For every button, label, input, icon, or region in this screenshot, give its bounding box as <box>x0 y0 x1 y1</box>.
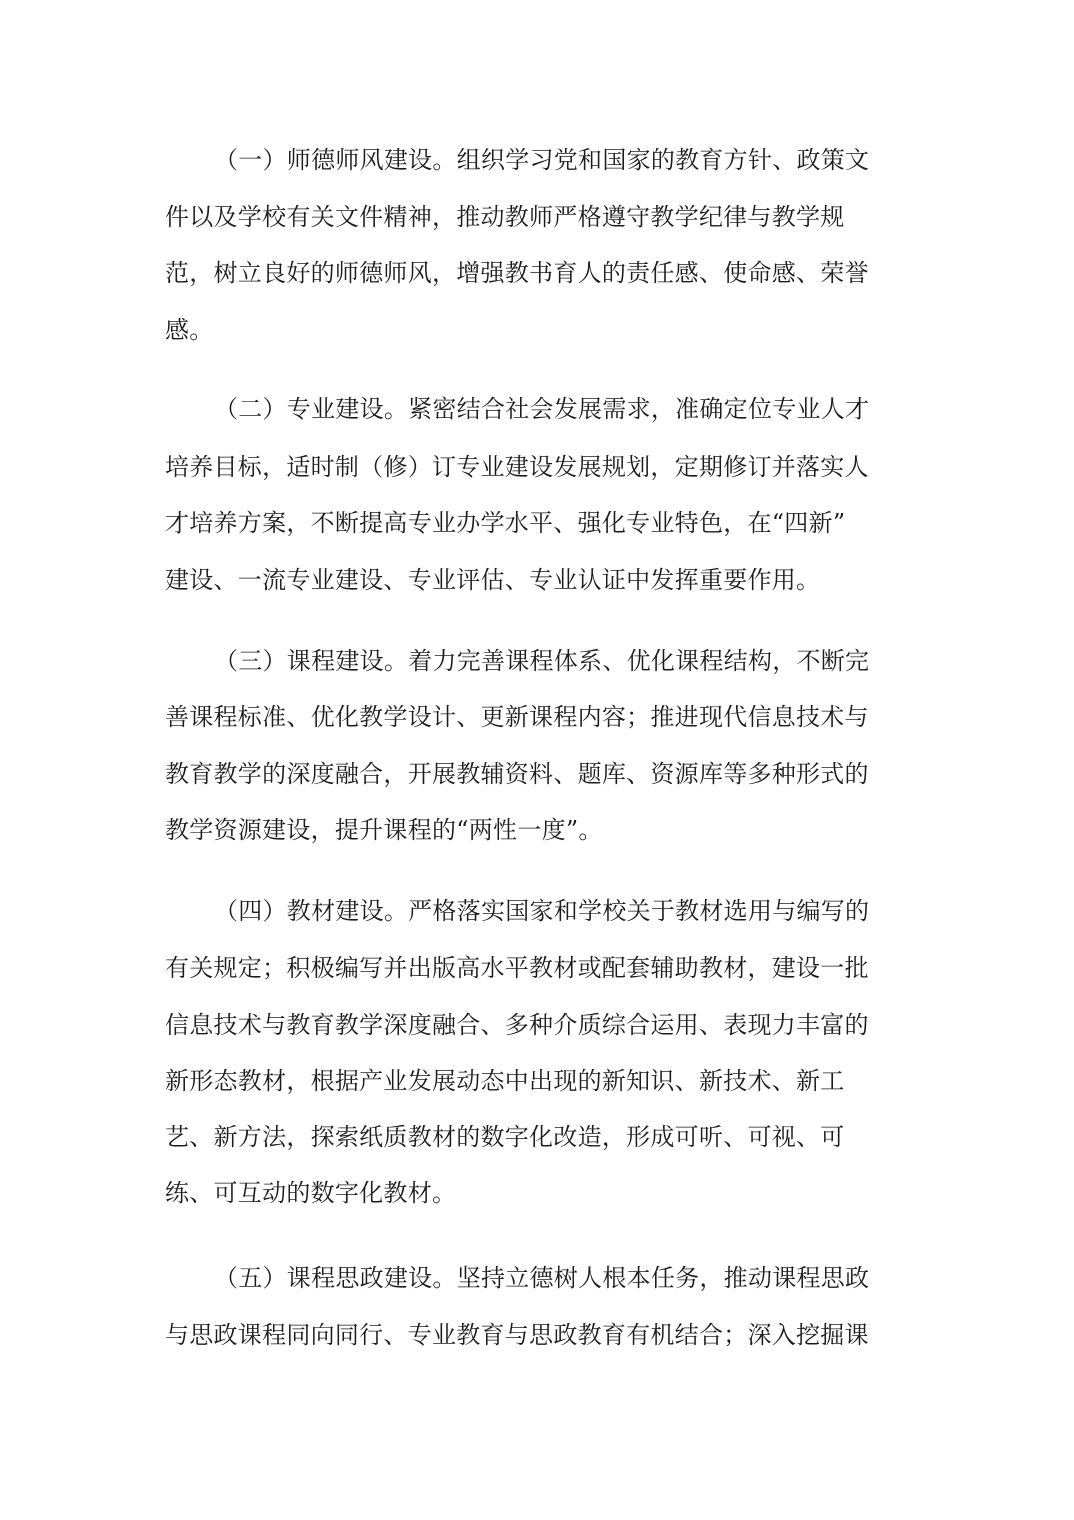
text-line: 才培养方案，不断提高专业办学水平、强化专业特色，在“四新” <box>165 507 905 539</box>
text-line: 感。 <box>165 314 905 346</box>
text-line: （三）课程建设。着力完善课程体系、优化课程结构，不断完 <box>214 645 954 677</box>
text-line: （一）师德师风建设。组织学习党和国家的教育方针、政策文 <box>214 144 954 176</box>
text-line: 建设、一流专业建设、专业评估、专业认证中发挥重要作用。 <box>165 564 905 596</box>
text-line: 信息技术与教育教学深度融合、多种介质综合运用、表现力丰富的 <box>165 1009 905 1041</box>
text-line: （五）课程思政建设。坚持立德树人根本任务，推动课程思政 <box>214 1262 954 1294</box>
text-line: （四）教材建设。严格落实国家和学校关于教材选用与编写的 <box>214 895 954 927</box>
text-line: 练、可互动的数字化教材。 <box>165 1177 905 1209</box>
text-line: （二）专业建设。紧密结合社会发展需求，准确定位专业人才 <box>214 393 954 425</box>
text-line: 与思政课程同向同行、专业教育与思政教育有机结合；深入挖掘课 <box>165 1319 905 1351</box>
text-line: 教学资源建设，提升课程的“两性一度”。 <box>165 814 905 846</box>
text-line: 善课程标准、优化教学设计、更新课程内容；推进现代信息技术与 <box>165 701 905 733</box>
document-page: （一）师德师风建设。组织学习党和国家的教育方针、政策文 件以及学校有关文件精神，… <box>0 0 1074 1520</box>
text-line: 教育教学的深度融合，开展教辅资料、题库、资源库等多种形式的 <box>165 758 905 790</box>
text-line: 件以及学校有关文件精神，推动教师严格遵守教学纪律与教学规 <box>165 201 905 233</box>
text-line: 范，树立良好的师德师风，增强教书育人的责任感、使命感、荣誉 <box>165 257 905 289</box>
text-line: 新形态教材，根据产业发展动态中出现的新知识、新技术、新工 <box>165 1065 905 1097</box>
text-line: 培养目标，适时制（修）订专业建设发展规划，定期修订并落实人 <box>165 451 905 483</box>
text-line: 艺、新方法，探索纸质教材的数字化改造，形成可听、可视、可 <box>165 1121 905 1153</box>
text-line: 有关规定；积极编写并出版高水平教材或配套辅助教材，建设一批 <box>165 952 905 984</box>
